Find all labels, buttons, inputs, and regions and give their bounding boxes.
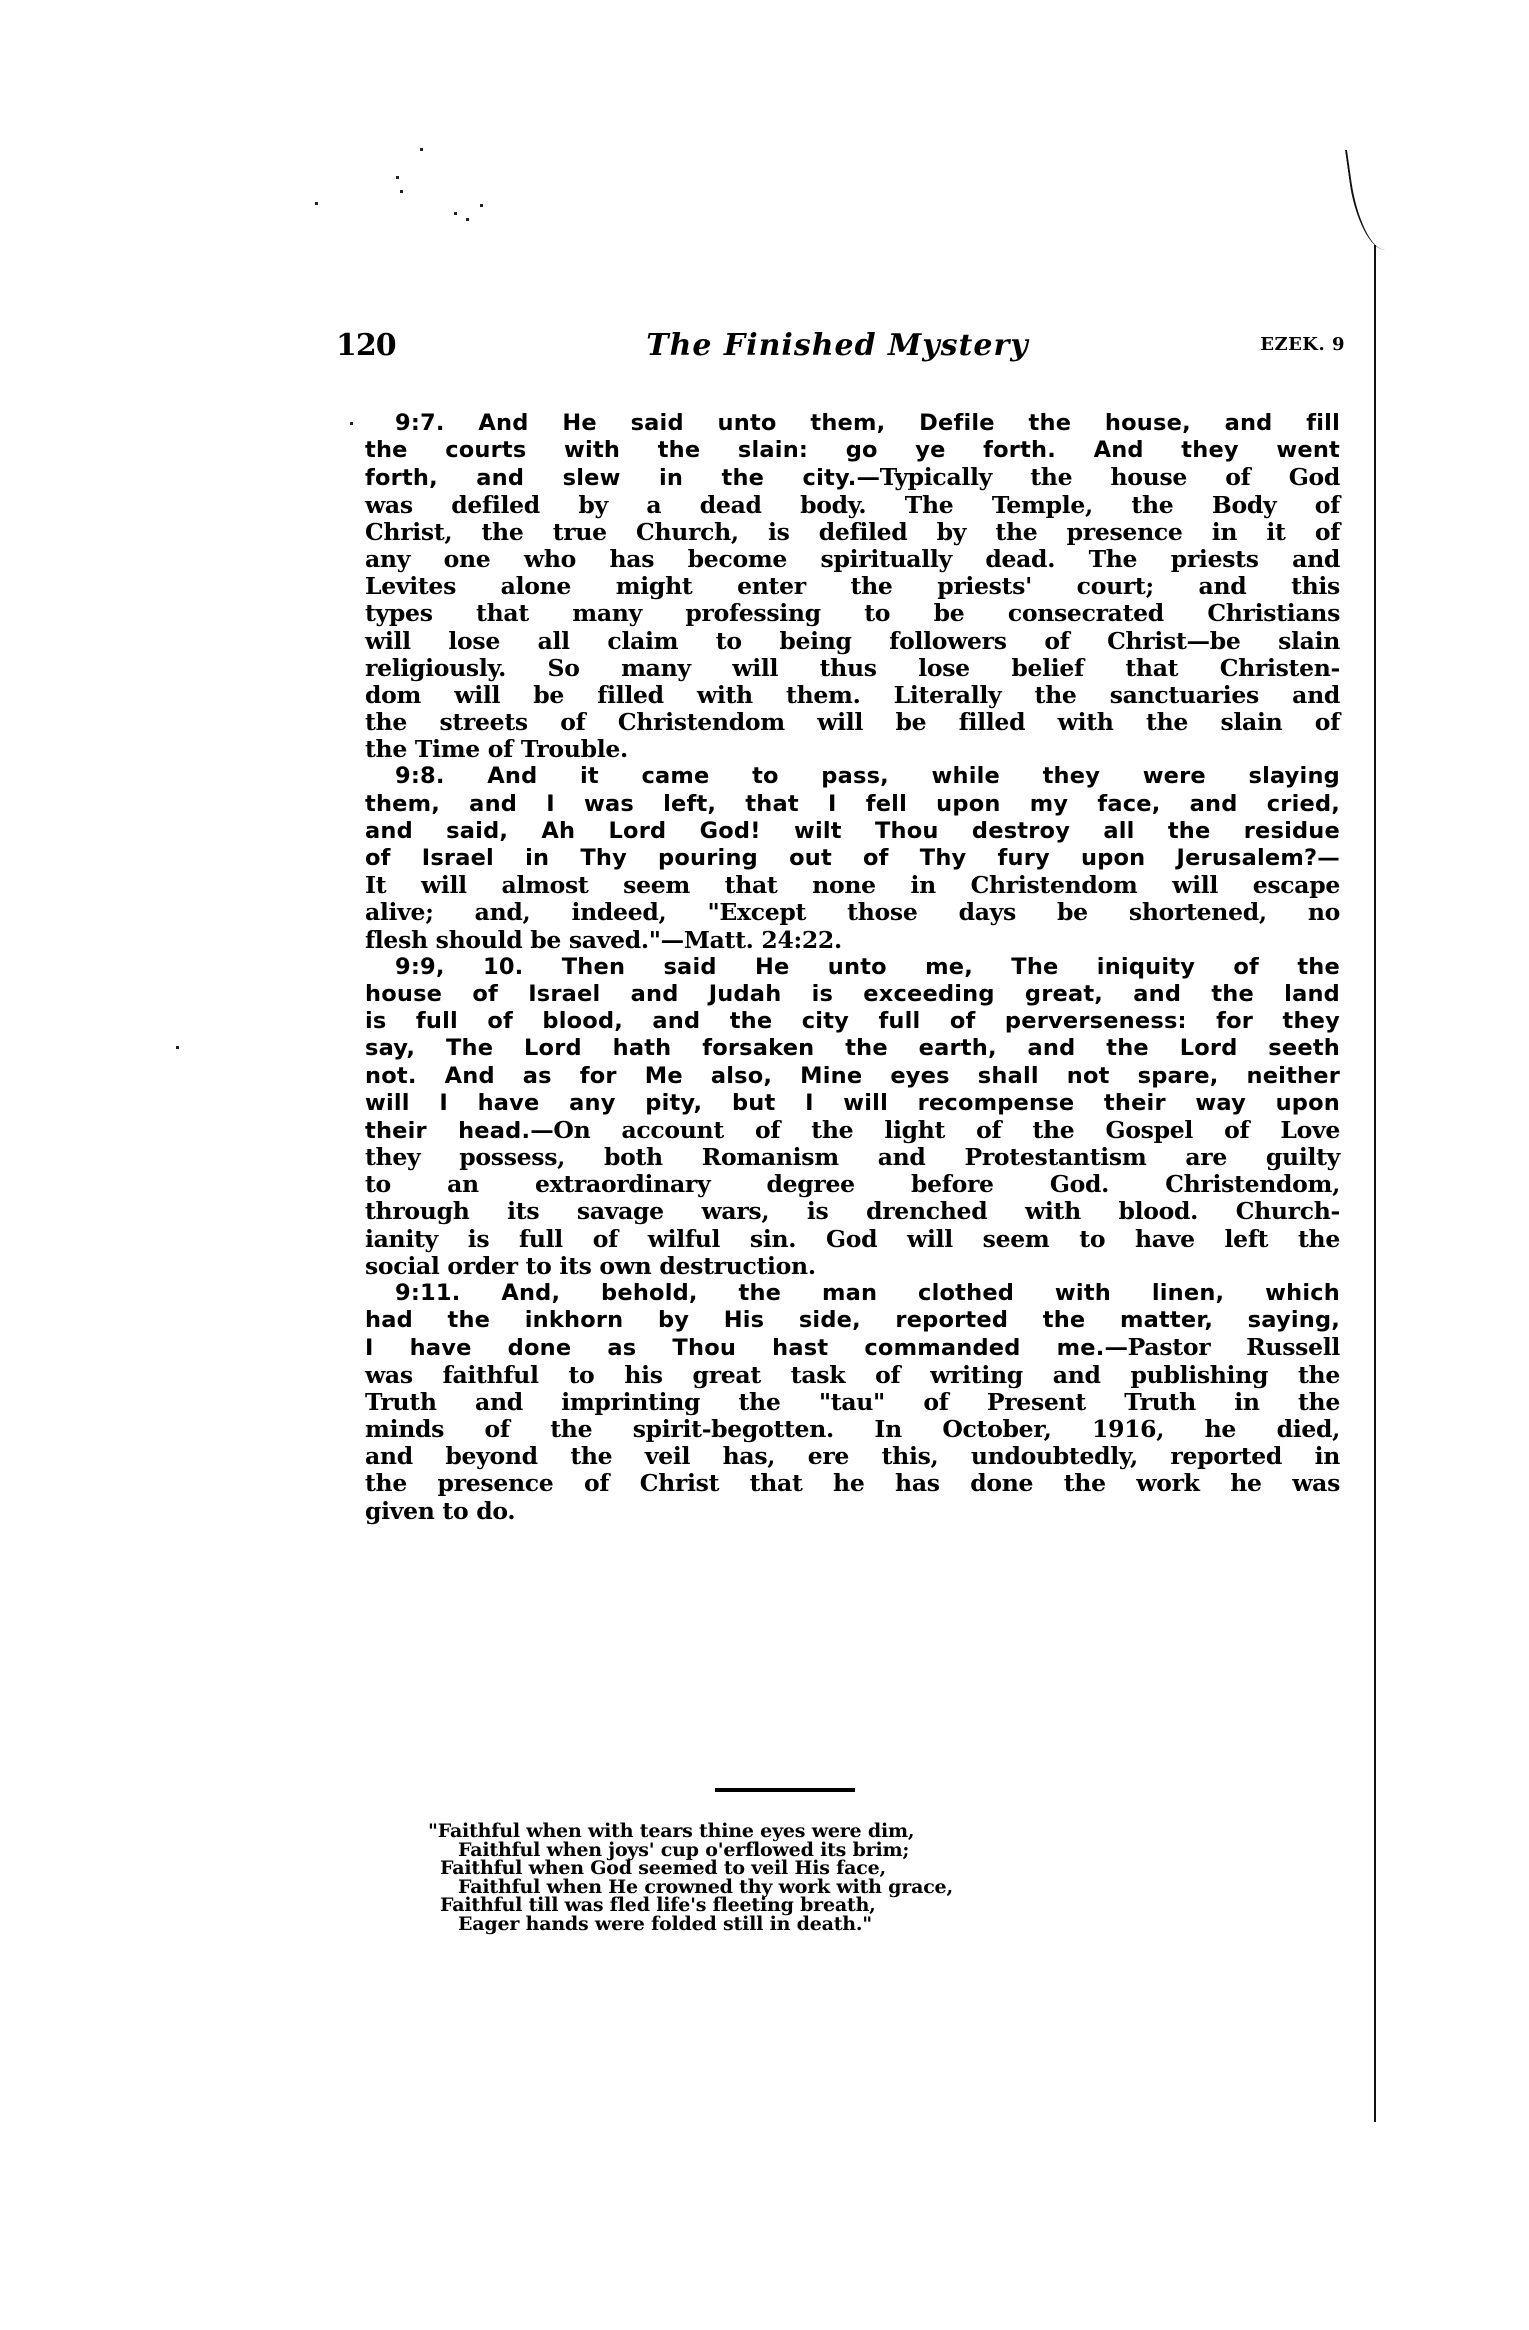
commentary-text: will lose all claim to being followers o… <box>365 627 1340 655</box>
scripture-text: is full of blood, and the city full of p… <box>365 1008 1340 1034</box>
scripture-text: house of Israel and Judah is exceeding g… <box>365 981 1340 1007</box>
scripture-text: not. And as for Me also, Mine eyes shall… <box>365 1063 1340 1089</box>
text-line: flesh should be saved."—Matt. 24:22. <box>365 927 1340 954</box>
scan-speck <box>396 176 399 179</box>
commentary-text: and beyond the veil has, ere this, undou… <box>365 1442 1340 1470</box>
commentary-text: alive; and, indeed, "Except those days b… <box>365 898 1340 926</box>
scan-speck <box>315 202 318 205</box>
poem-line: Eager hands were folded still in death." <box>440 1915 1240 1934</box>
poem-line: Faithful till was fled life's fleeting b… <box>440 1896 1240 1915</box>
text-line: forth, and slew in the city.—Typically t… <box>365 464 1340 491</box>
scan-speck <box>466 218 469 221</box>
scripture-text: I have done as Thou hast commanded me. <box>365 1335 1104 1361</box>
commentary-text: was defiled by a dead body. The Temple, … <box>365 491 1340 519</box>
scripture-text: the courts with the slain: go ye forth. … <box>365 437 1340 463</box>
book-title: The Finished Mystery <box>330 328 1345 363</box>
commentary-text: Truth and imprinting the "tau" of Presen… <box>365 1388 1340 1416</box>
poem-quote: "Faithful when with tears thine eyes wer… <box>440 1822 1240 1933</box>
text-line: of Israel in Thy pouring out of Thy fury… <box>365 845 1340 872</box>
commentary-text: It will almost seem that none in Christe… <box>365 871 1340 899</box>
text-line: I have done as Thou hast commanded me.—P… <box>365 1334 1340 1361</box>
text-line: them, and I was left, that I fell upon m… <box>365 791 1340 818</box>
scripture-text: say, The Lord hath forsaken the earth, a… <box>365 1035 1340 1061</box>
commentary-text: religiously. So many will thus lose beli… <box>365 654 1340 682</box>
scripture-text: forth, and slew in the city. <box>365 465 857 491</box>
text-line: and beyond the veil has, ere this, undou… <box>365 1443 1340 1470</box>
page-curl-edge <box>1345 150 1385 250</box>
scan-speck <box>480 204 483 207</box>
text-line: the Time of Trouble. <box>365 736 1340 763</box>
section-divider <box>715 1788 855 1792</box>
scripture-text: and said, Ah Lord God! wilt Thou destroy… <box>365 818 1340 844</box>
commentary-text: any one who has become spiritually dead.… <box>365 545 1340 573</box>
commentary-text: minds of the spirit-begotten. In October… <box>365 1415 1340 1443</box>
commentary-text: types that many professing to be consecr… <box>365 599 1340 627</box>
text-line: 9:11. And, behold, the man clothed with … <box>365 1280 1340 1307</box>
scripture-text: of Israel in Thy pouring out of Thy fury… <box>365 845 1340 871</box>
commentary-text: —Pastor Russell <box>1104 1333 1340 1361</box>
commentary-text: the presence of Christ that he has done … <box>365 1469 1340 1497</box>
commentary-text: dom will be filled with them. Literally … <box>365 681 1340 709</box>
scripture-text: 9:8. And it came to pass, while they wer… <box>395 763 1340 789</box>
page-header: 120 The Finished Mystery EZEK. 9 <box>330 328 1345 368</box>
commentary-text: Levites alone might enter the priests' c… <box>365 572 1340 600</box>
scan-speck <box>420 148 423 151</box>
text-line: will lose all claim to being followers o… <box>365 628 1340 655</box>
text-line: 9:9, 10. Then said He unto me, The iniqu… <box>365 954 1340 981</box>
text-line: they possess, both Romanism and Protesta… <box>365 1144 1340 1171</box>
commentary-text: social order to its own destruction. <box>365 1252 816 1280</box>
text-line: the courts with the slain: go ye forth. … <box>365 437 1340 464</box>
page-edge-line <box>1374 245 1376 2122</box>
scripture-text: 9:7. And He said unto them, Defile the h… <box>395 410 1340 436</box>
scripture-text: them, and I was left, that I fell upon m… <box>365 791 1340 817</box>
text-line: Christ, the true Church, is defiled by t… <box>365 519 1340 546</box>
text-line: minds of the spirit-begotten. In October… <box>365 1416 1340 1443</box>
text-line: Levites alone might enter the priests' c… <box>365 573 1340 600</box>
text-line: It will almost seem that none in Christe… <box>365 872 1340 899</box>
scripture-text: 9:11. And, behold, the man clothed with … <box>395 1280 1340 1306</box>
scan-speck <box>350 422 353 425</box>
commentary-text: to an extraordinary degree before God. C… <box>365 1170 1340 1198</box>
text-line: and said, Ah Lord God! wilt Thou destroy… <box>365 818 1340 845</box>
commentary-text: through its savage wars, is drenched wit… <box>365 1197 1340 1225</box>
commentary-text: given to do. <box>365 1497 515 1525</box>
scan-speck <box>454 212 457 215</box>
text-line: 9:7. And He said unto them, Defile the h… <box>365 410 1340 437</box>
poem-line: Faithful when God seemed to veil His fac… <box>440 1859 1240 1878</box>
text-line: Truth and imprinting the "tau" of Presen… <box>365 1389 1340 1416</box>
text-line: any one who has become spiritually dead.… <box>365 546 1340 573</box>
scripture-text: will I have any pity, but I will recompe… <box>365 1090 1340 1116</box>
scan-speck <box>176 1046 179 1049</box>
text-line: given to do. <box>365 1498 1340 1525</box>
commentary-text: the Time of Trouble. <box>365 735 628 763</box>
commentary-text: the streets of Christendom will be fille… <box>365 708 1340 736</box>
text-line: religiously. So many will thus lose beli… <box>365 655 1340 682</box>
text-line: alive; and, indeed, "Except those days b… <box>365 899 1340 926</box>
text-line: was faithful to his great task of writin… <box>365 1362 1340 1389</box>
text-line: social order to its own destruction. <box>365 1253 1340 1280</box>
running-head: EZEK. 9 <box>1260 334 1345 355</box>
text-line: was defiled by a dead body. The Temple, … <box>365 492 1340 519</box>
commentary-text: ianity is full of wilful sin. God will s… <box>365 1225 1340 1253</box>
scripture-text: 9:9, 10. Then said He unto me, The iniqu… <box>395 954 1340 980</box>
scripture-text: had the inkhorn by His side, reported th… <box>365 1307 1340 1333</box>
text-line: the streets of Christendom will be fille… <box>365 709 1340 736</box>
commentary-text: —On account of the light of the Gospel o… <box>530 1116 1340 1144</box>
text-line: the presence of Christ that he has done … <box>365 1470 1340 1497</box>
commentary-text: they possess, both Romanism and Protesta… <box>365 1143 1340 1171</box>
text-line: house of Israel and Judah is exceeding g… <box>365 981 1340 1008</box>
poem-line: "Faithful when with tears thine eyes wer… <box>428 1822 1240 1841</box>
text-line: say, The Lord hath forsaken the earth, a… <box>365 1035 1340 1062</box>
text-line: dom will be filled with them. Literally … <box>365 682 1340 709</box>
text-line: types that many professing to be consecr… <box>365 600 1340 627</box>
text-line: 9:8. And it came to pass, while they wer… <box>365 763 1340 790</box>
scripture-text: their head. <box>365 1118 530 1144</box>
body-text: 9:7. And He said unto them, Defile the h… <box>365 410 1340 1525</box>
text-line: their head.—On account of the light of t… <box>365 1117 1340 1144</box>
text-line: to an extraordinary degree before God. C… <box>365 1171 1340 1198</box>
text-line: is full of blood, and the city full of p… <box>365 1008 1340 1035</box>
text-line: will I have any pity, but I will recompe… <box>365 1090 1340 1117</box>
text-line: not. And as for Me also, Mine eyes shall… <box>365 1063 1340 1090</box>
commentary-text: Christ, the true Church, is defiled by t… <box>365 518 1340 546</box>
commentary-text: flesh should be saved."—Matt. 24:22. <box>365 926 842 954</box>
text-line: ianity is full of wilful sin. God will s… <box>365 1226 1340 1253</box>
text-line: had the inkhorn by His side, reported th… <box>365 1307 1340 1334</box>
commentary-text: was faithful to his great task of writin… <box>365 1361 1340 1389</box>
commentary-text: —Typically the house of God <box>857 463 1341 491</box>
text-line: through its savage wars, is drenched wit… <box>365 1198 1340 1225</box>
scan-speck <box>400 190 403 193</box>
